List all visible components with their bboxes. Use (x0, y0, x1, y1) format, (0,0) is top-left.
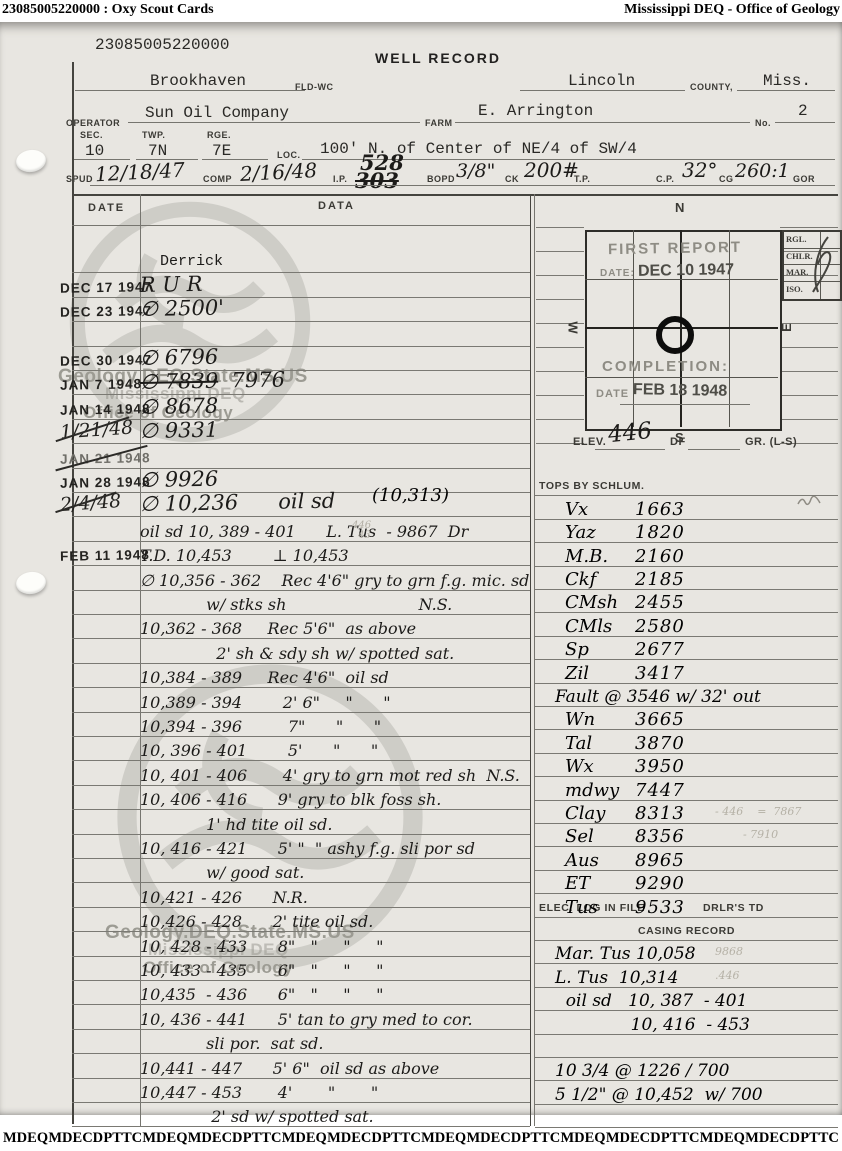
log-entry-note: (10,313) (372, 485, 449, 506)
formation-name: Ckf (565, 569, 596, 590)
formation-depth: 2160 (635, 546, 685, 567)
formation-name: Tus (565, 897, 598, 918)
bopd-label: BOPD (427, 174, 455, 184)
log-date: JAN 28 1948 (60, 474, 151, 491)
scanned-well-record-page: 23085005220000 : Oxy Scout Cards Mississ… (0, 0, 842, 1151)
sec-label: SEC. (80, 130, 103, 140)
tops-entry: Mar. Tus 10,058 (555, 944, 696, 964)
elev-label: ELEV. (573, 436, 606, 448)
first-report-stamp: FIRST REPORT (608, 239, 742, 258)
county-name: Lincoln (568, 72, 635, 90)
log-entry: R U R (140, 272, 203, 297)
tops-row: Wx3950 (535, 753, 838, 777)
formation-depth: 8313 (635, 803, 685, 824)
rule (128, 122, 420, 123)
tops-row: Clay8313- 446 = 7867 (535, 800, 838, 824)
rule (620, 404, 750, 405)
tops-row: Tal3870 (535, 729, 838, 753)
map-grid-line (585, 377, 778, 378)
formation-tops-panel: TOPS BY SCHLUM.Vx1663Yaz1820M.B.2160Ckf2… (535, 472, 838, 1128)
log-row: 10,447 - 453 4' " " (72, 1078, 530, 1103)
formation-depth: 8356 (635, 826, 685, 847)
agency-abbrev: MDEQ (3, 1130, 48, 1150)
handwritten-check-mark (798, 234, 838, 296)
tops-row: Aus8965 (535, 846, 838, 870)
formation-name: ET (565, 873, 590, 894)
formation-name: CMls (565, 616, 612, 637)
df-label: DF (670, 436, 686, 448)
formation-depth: 2677 (635, 639, 685, 660)
rge-label: RGE. (207, 130, 231, 140)
well-api-number: 23085005220000 (95, 36, 229, 54)
document-id-title: 23085005220000 : Oxy Scout Cards (2, 2, 214, 18)
rule (737, 90, 835, 91)
tops-row: 5 1/2" @ 10,452 w/ 700 (535, 1080, 838, 1104)
agency-abbrev: MDECD (466, 1130, 521, 1150)
gr-label: GR. (L-S) (745, 436, 797, 448)
twp-label: TWP. (142, 130, 165, 140)
tops-row: ELEC. LOG IN FILEDRLR'S TDTus9533 (535, 893, 838, 917)
well-no-value: 2 (798, 102, 808, 120)
tops-row: Mar. Tus 10,0589868 (535, 940, 838, 964)
formation-name: Sp (565, 639, 589, 660)
rule (455, 122, 750, 123)
bottom-agency-bar: MDEQMDECDPTTCMDEQMDECDPTTCMDEQMDECDPTTCM… (0, 1130, 842, 1150)
gravity-value: 32° (682, 158, 717, 182)
log-row: 10,435 - 436 6" " " " (72, 980, 530, 1005)
log-entry: ∅ 2500' (140, 296, 225, 321)
log-row: 2' sh & sdy sh w/ spotted sat. (72, 638, 530, 663)
log-entry: 2' sd w/ spotted sat. (140, 1107, 374, 1126)
log-entry: ∅ 7839 7976 (140, 368, 286, 395)
formation-depth: 1663 (635, 499, 685, 520)
log-entry: 10,384 - 389 Rec 4'6" oil sd (140, 668, 389, 687)
tops-row: CMls2580 (535, 612, 838, 636)
tops-entry: 10, 416 - 453 (555, 1015, 750, 1035)
pressure-value: 200# (524, 158, 579, 182)
log-date: 1/21/48 (59, 417, 134, 444)
log-entry: 10, 401 - 406 4' gry to grn mot red sh N… (140, 766, 520, 785)
viewer-top-bar: 23085005220000 : Oxy Scout Cards Mississ… (0, 0, 842, 22)
log-entry: 10,389 - 394 2' 6" " " (140, 693, 391, 712)
formation-name: Aus (565, 850, 599, 871)
formation-depth: 7447 (635, 780, 685, 801)
tops-row: Ckf2185 (535, 566, 838, 590)
completion-date: FEB 18 1948 (633, 381, 728, 401)
elev-value: 446 (607, 418, 653, 448)
completion-date-label: DATE (596, 388, 629, 400)
tops-row: CMsh2455 (535, 589, 838, 613)
tops-row: Sp2677 (535, 636, 838, 660)
map-east-label: E (779, 323, 794, 332)
pencil-note: - 7910 (715, 828, 778, 841)
tops-row: mdwy7447 (535, 776, 838, 800)
log-entry: 2' sh & sdy sh w/ spotted sat. (140, 644, 454, 663)
log-entry: 10, 433 - 435 6" " " " (140, 961, 383, 980)
log-entry: 1' hd tite oil sd. (140, 815, 332, 834)
spud-label: SPUD (66, 174, 93, 184)
formation-name: M.B. (565, 546, 608, 567)
rule (75, 90, 305, 91)
log-row: 10,394 - 396 7" " " (72, 712, 530, 737)
log-row: 10,362 - 368 Rec 5'6" as above (72, 614, 530, 639)
log-date: DEC 17 1947 (60, 279, 152, 296)
log-date: JAN 21 1948 (60, 450, 151, 467)
printed-section-label: TOPS BY SCHLUM. (539, 480, 644, 492)
log-row: 10,421 - 426 N.R. (72, 882, 530, 907)
log-entry: ∅ 10,236 oil sd (140, 489, 336, 516)
log-date: JAN 14 1948 (60, 401, 151, 418)
log-row: 2' sd w/ spotted sat. (72, 1102, 530, 1127)
tops-row: 10 3/4 @ 1226 / 700 (535, 1057, 838, 1081)
log-entry: 10, 396 - 401 5' " " (140, 741, 378, 760)
data-column-header: DATA (318, 200, 355, 212)
tops-row: Wn3665 (535, 706, 838, 730)
rule (72, 159, 130, 160)
table-top-border (72, 194, 838, 196)
tops-entry: 10 3/4 @ 1226 / 700 (555, 1061, 729, 1081)
operator-label: OPERATOR (66, 118, 120, 128)
log-entry: 10,394 - 396 7" " " (140, 717, 381, 736)
cp-label: C.P. (656, 174, 674, 184)
tops-row: Fault @ 3546 w/ 32' out (535, 683, 838, 707)
tops-row: M.B.2160 (535, 542, 838, 566)
log-entry: oil sd 10, 389 - 401 L. Tus - 9867 Dr (140, 522, 468, 541)
tops-entry: oil sd 10, 387 - 401 (555, 991, 747, 1011)
log-row: 2/4/48∅ 10,236 oil sd(10,313) (72, 492, 530, 517)
log-entry: T.D. 10,453 ⊥ 10,453 (140, 546, 349, 565)
log-entry: 10,441 - 447 5' 6" oil sd as above (140, 1059, 439, 1078)
ck-label: CK (505, 174, 519, 184)
tops-row: L. Tus 10,314.446 (535, 963, 838, 987)
ip-label: I.P. (333, 174, 347, 184)
drlrs-td-label: DRLR'S TD (703, 902, 764, 914)
formation-depth: 9533 (635, 897, 685, 918)
log-entry: sli por. sat sd. (140, 1034, 323, 1053)
log-row: ∅ 10,356 - 362 Rec 4'6" gry to grn f.g. … (72, 565, 530, 590)
date-column-header: DATE (88, 202, 125, 214)
rule (202, 159, 268, 160)
log-row: JAN 7 1948∅ 7839 7976 (72, 370, 530, 395)
pencil-note: - 446 = 7867 (715, 805, 801, 818)
formation-depth: 2455 (635, 592, 685, 613)
formation-depth: 9290 (635, 873, 685, 894)
tops-row: Yaz1820 (535, 519, 838, 543)
center-divider (530, 194, 531, 1126)
log-entry: ∅ 9926 (140, 467, 219, 492)
log-row: w/ good sat. (72, 858, 530, 883)
log-date: FEB 11 1948 (60, 547, 150, 564)
log-entry: 10,362 - 368 Rec 5'6" as above (140, 619, 416, 638)
log-row: 10, 406 - 416 9' gry to blk foss sh. (72, 785, 530, 810)
formation-depth: 3870 (635, 733, 685, 754)
well-location-marker (656, 316, 694, 354)
first-report-date-label: DATE: (600, 268, 635, 279)
formation-depth: 2185 (635, 569, 685, 590)
log-entry: ∅ 6796 (140, 345, 219, 370)
formation-depth: 2580 (635, 616, 685, 637)
tops-entry: 5 1/2" @ 10,452 w/ 700 (555, 1085, 763, 1105)
log-date: 2/4/48 (59, 490, 122, 516)
well-no-label: No. (755, 118, 771, 128)
pencil-note: 9868 (715, 945, 743, 958)
tops-row: ET9290 (535, 870, 838, 894)
tops-entry: Fault @ 3546 w/ 32' out (555, 687, 761, 707)
log-date: DEC 30 1947 (60, 352, 152, 369)
agency-abbrev: PTTC (800, 1130, 839, 1150)
pencil-note: 43 (358, 530, 371, 541)
field-name: Brookhaven (150, 72, 246, 90)
log-row: 1' hd tite oil sd. (72, 809, 530, 834)
classification-box: RGL. CHLR. MAR. ISO. (782, 230, 842, 301)
log-entry: ∅ 10,356 - 362 Rec 4'6" gry to grn f.g. … (140, 571, 529, 590)
log-row: DEC 23 1947∅ 2500' (72, 297, 530, 322)
agency-abbrev: MDECD (327, 1130, 382, 1150)
printed-section-label: CASING RECORD (535, 925, 838, 937)
rule (520, 90, 685, 91)
log-entry: 10, 416 - 421 5' " " ashy f.g. sli por s… (140, 839, 475, 858)
log-row: 1/21/48∅ 9331 (72, 419, 530, 444)
log-entry: 10, 406 - 416 9' gry to blk foss sh. (140, 790, 441, 809)
sec-value: 10 (85, 142, 104, 160)
log-row: 10, 396 - 401 5' " " (72, 736, 530, 761)
rule (688, 449, 740, 450)
log-row: 10,389 - 394 2' 6" " " (72, 687, 530, 712)
formation-name: Wx (565, 756, 594, 777)
log-row: sli por. sat sd. (72, 1029, 530, 1054)
log-entry: Derrick (160, 253, 223, 270)
formation-depth: 1820 (635, 522, 685, 543)
farm-name: E. Arrington (478, 102, 593, 120)
cg-label: CG (719, 174, 734, 184)
tops-row: TOPS BY SCHLUM. (535, 472, 838, 496)
log-entry: 10,426 - 428 2' tite oil sd. (140, 912, 373, 931)
rule (90, 185, 835, 186)
agency-abbrev: PTTC (103, 1130, 142, 1150)
gor-label: GOR (793, 174, 815, 184)
spud-date: 12/18/47 (94, 158, 185, 187)
well-log-table: DerrickDEC 17 1947R U RDEC 23 1947∅ 2500… (72, 248, 530, 1127)
log-date: JAN 7 1948 (60, 377, 142, 393)
log-row: 10,441 - 447 5' 6" oil sd as above (72, 1053, 530, 1078)
log-entry: 10,421 - 426 N.R. (140, 888, 308, 907)
agency-abbrev: PTTC (661, 1130, 700, 1150)
rge-value: 7E (212, 142, 231, 160)
log-row: DEC 30 1947∅ 6796 (72, 346, 530, 371)
log-date: DEC 23 1947 (60, 303, 152, 320)
state-name: Miss. (763, 72, 811, 90)
operator-name: Sun Oil Company (145, 104, 289, 122)
log-row: 10, 436 - 441 5' tan to gry med to cor. (72, 1004, 530, 1029)
log-row: Derrick (72, 248, 530, 273)
ip-struck-value: 303 (355, 168, 399, 193)
formation-name: Wn (565, 709, 595, 730)
formation-name: CMsh (565, 592, 618, 613)
log-entry: ∅ 8678 (140, 393, 219, 418)
form-title: WELL RECORD (375, 50, 501, 66)
tops-entry: L. Tus 10,314 (555, 968, 678, 988)
log-entry: 10,447 - 453 4' " " (140, 1083, 378, 1102)
tops-row: Vx1663 (535, 495, 838, 519)
farm-label: FARM (425, 118, 453, 128)
rule (775, 122, 835, 123)
agency-abbrev: MDEQ (142, 1130, 187, 1150)
tops-row: oil sd 10, 387 - 401 (535, 987, 838, 1011)
log-entry: 10, 436 - 441 5' tan to gry med to cor. (140, 1010, 473, 1029)
punch-hole (15, 148, 48, 174)
formation-name: Sel (565, 826, 594, 847)
log-row: DEC 17 1947R U R (72, 272, 530, 297)
log-row: 10, 428 - 433 8" " " " (72, 931, 530, 956)
map-north-label: N (675, 200, 684, 215)
agency-abbrev: MDECD (188, 1130, 243, 1150)
log-row: w/ stks sh N.S. (72, 590, 530, 615)
comp-label: COMP (203, 174, 232, 184)
agency-abbrev: MDEQ (282, 1130, 327, 1150)
agency-abbrev: PTTC (243, 1130, 282, 1150)
rule (72, 225, 530, 226)
log-row: 10,384 - 389 Rec 4'6" oil sd (72, 663, 530, 688)
agency-abbrev: MDECD (48, 1130, 103, 1150)
agency-title: Mississippi DEQ - Office of Geology (624, 2, 840, 18)
scan-paper: Geology.DEQ.State.MS.US Mississippi DEQ … (0, 22, 842, 1115)
log-row: 10, 433 - 435 6" " " " (72, 956, 530, 981)
formation-depth: 3665 (635, 709, 685, 730)
agency-abbrev: MDEQ (421, 1130, 466, 1150)
tops-row: 10, 416 - 453 (535, 1010, 838, 1034)
log-entry: 10,435 - 436 6" " " " (140, 985, 383, 1004)
log-row (72, 321, 530, 346)
formation-name: Tal (565, 733, 592, 754)
tops-row: Sel8356 - 7910 (535, 823, 838, 847)
log-row: 10, 416 - 421 5' " " ashy f.g. sli por s… (72, 834, 530, 859)
log-row: 10, 401 - 406 4' gry to grn mot red sh N… (72, 760, 530, 785)
tops-row: CASING RECORD (535, 917, 838, 941)
formation-depth: 8965 (635, 850, 685, 871)
tops-row (535, 1104, 838, 1128)
agency-abbrev: MDEQ (700, 1130, 745, 1150)
first-report-date: DEC 10 1947 (638, 261, 734, 281)
completion-stamp: COMPLETION: (602, 358, 729, 375)
agency-abbrev: PTTC (382, 1130, 421, 1150)
formation-name: Vx (565, 499, 588, 520)
formation-depth: 3417 (635, 663, 685, 684)
tops-row: Zil3417 (535, 659, 838, 683)
log-row: JAN 14 1948∅ 8678 (72, 394, 530, 419)
log-entry: ∅ 9331 (140, 418, 219, 443)
agency-abbrev: MDECD (606, 1130, 661, 1150)
formation-name: Zil (565, 663, 589, 684)
formation-name: Clay (565, 803, 605, 824)
pencil-note: .446 (715, 969, 740, 982)
log-row: FEB 11 1948T.D. 10,453 ⊥ 10,453 (72, 541, 530, 566)
gor-value: 260:1 (735, 160, 790, 182)
choke-size: 3/8" (456, 160, 495, 182)
agency-abbrev: PTTC (522, 1130, 561, 1150)
tops-row (535, 1034, 838, 1058)
twp-value: 7N (148, 142, 167, 160)
log-entry: w/ good sat. (140, 863, 304, 882)
map-west-label: W (566, 321, 581, 333)
rule (595, 449, 665, 450)
formation-name: mdwy (565, 780, 619, 801)
comp-date: 2/16/48 (239, 158, 317, 186)
tp-label: T.P. (574, 174, 590, 184)
log-row: oil sd 10, 389 - 401 L. Tus - 9867 Dr (72, 516, 530, 541)
agency-abbrev: MDECD (745, 1130, 800, 1150)
log-row: JAN 21 1948 (72, 443, 530, 468)
log-row: 10,426 - 428 2' tite oil sd. (72, 907, 530, 932)
formation-name: Yaz (565, 522, 596, 543)
county-label: COUNTY, (690, 82, 733, 92)
formation-depth: 3950 (635, 756, 685, 777)
log-entry: 10, 428 - 433 8" " " " (140, 937, 383, 956)
agency-abbrev: MDEQ (560, 1130, 605, 1150)
punch-hole (15, 570, 48, 596)
field-label: FLD-WC (295, 82, 334, 92)
log-entry: w/ stks sh N.S. (140, 595, 452, 614)
